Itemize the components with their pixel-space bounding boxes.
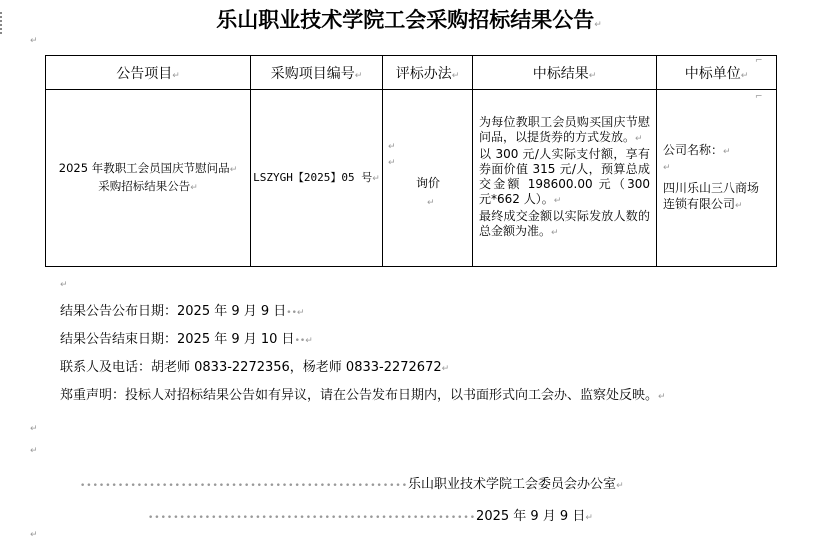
row-end-mark: ⌐ <box>755 56 763 66</box>
cell-method: ↵ ↵ 询价 ↵ <box>383 90 473 267</box>
paragraph-mark: ↵ <box>60 280 68 290</box>
paragraph-mark: ↵ <box>30 424 38 434</box>
paragraph-mark: ↵ <box>30 36 38 46</box>
publish-date: 结果公告公布日期：2025 年 9 月 9 日••↵ <box>60 300 304 319</box>
signature-date: ••••••••••••••••••••••••••••••••••••••••… <box>148 505 593 524</box>
results-table: 公告项目↵ 采购项目编号↵ 评标办法↵ 中标结果↵ 中标单位↵ 2025 年教职… <box>45 55 777 267</box>
contact-info: 联系人及电话：胡老师 0833-2272356，杨老师 0833-2272672… <box>60 356 449 375</box>
paragraph-mark: ↵ <box>30 530 38 540</box>
signature-org: ••••••••••••••••••••••••••••••••••••••••… <box>80 473 624 492</box>
cell-project: 2025 年教职工会员国庆节慰问品↵ 采购招标结果公告↵ <box>46 90 251 267</box>
statement: 郑重声明：投标人对招标结果公告如有异议，请在公告发布日期内，以书面形式向工会办、… <box>60 384 666 403</box>
cell-result: 为每位教职工会员购买国庆节慰问品，以提货券的方式发放。↵ 以 300 元/人实际… <box>473 90 657 267</box>
header-result: 中标结果↵ <box>473 56 657 90</box>
row-end-mark: ⌐ <box>755 92 763 102</box>
header-method: 评标办法↵ <box>383 56 473 90</box>
cell-winner: 公司名称：↵ ↵ 四川乐山三八商场连锁有限公司↵ <box>657 90 777 267</box>
table-row: 2025 年教职工会员国庆节慰问品↵ 采购招标结果公告↵ LSZYGH【2025… <box>46 90 777 267</box>
title-text: 乐山职业技术学院工会采购招标结果公告 <box>216 7 594 32</box>
paragraph-mark: ↵ <box>30 446 38 456</box>
document-title: 乐山职业技术学院工会采购招标结果公告↵ <box>0 4 818 34</box>
header-project-no: 采购项目编号↵ <box>251 56 383 90</box>
paragraph-mark: ↵ <box>594 20 602 30</box>
end-date: 结果公告结束日期：2025 年 9 月 10 日••↵ <box>60 328 313 347</box>
header-project: 公告项目↵ <box>46 56 251 90</box>
cell-project-no: LSZYGH【2025】05 号↵ <box>251 90 383 267</box>
table-header-row: 公告项目↵ 采购项目编号↵ 评标办法↵ 中标结果↵ 中标单位↵ <box>46 56 777 90</box>
